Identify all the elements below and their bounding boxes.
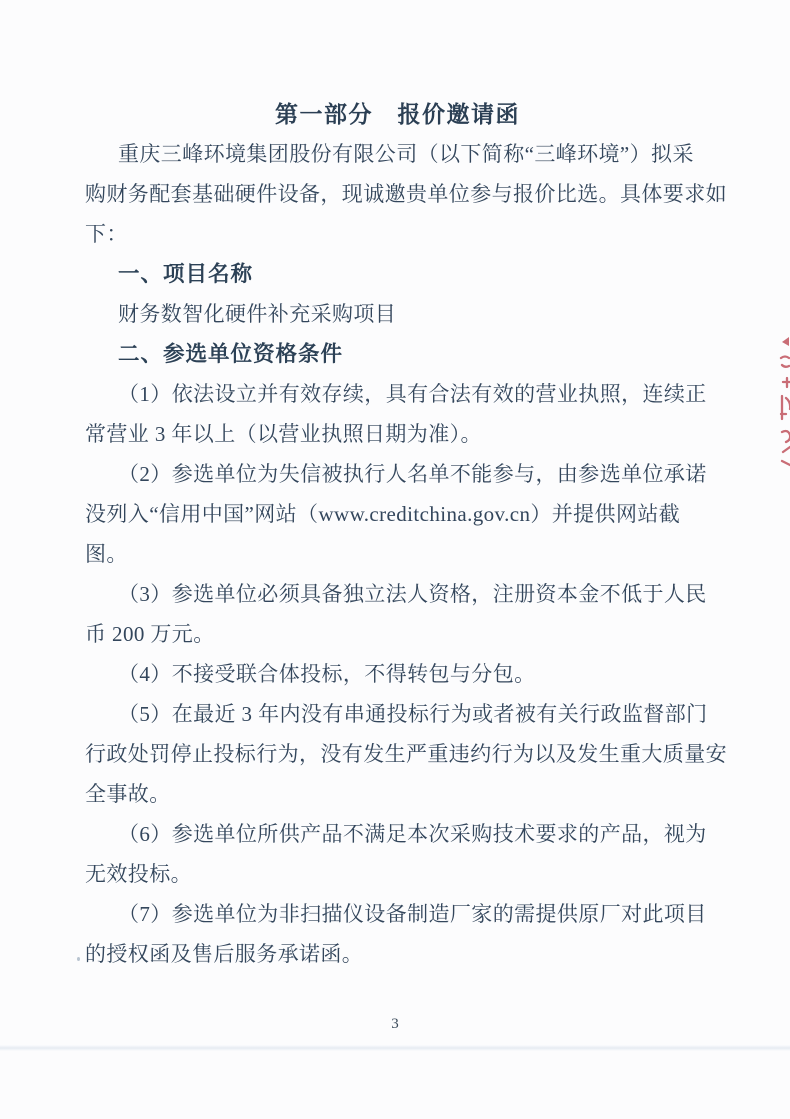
scan-speck (77, 957, 80, 961)
text-line: 无效投标。 (85, 854, 710, 894)
text-line: 行政处罚停止投标行为，没有发生严重违约行为以及发生重大质量安 (85, 734, 710, 774)
scanned-document-page: 第一部分 报价邀请函重庆三峰环境集团股份有限公司（以下简称“三峰环境”）拟采购财… (0, 0, 790, 1119)
text-line: 购财务配套基础硬件设备，现诚邀贵单位参与报价比选。具体要求如 (85, 174, 710, 214)
text-line: 重庆三峰环境集团股份有限公司（以下简称“三峰环境”）拟采 (85, 134, 710, 174)
text-line: 下： (85, 214, 710, 254)
text-line: 常营业 3 年以上（以营业执照日期为准）。 (85, 414, 710, 454)
section-heading: 一、项目名称 (85, 254, 710, 294)
text-line: 币 200 万元。 (85, 614, 710, 654)
document-body: 第一部分 报价邀请函重庆三峰环境集团股份有限公司（以下简称“三峰环境”）拟采购财… (85, 94, 710, 974)
text-line: （6）参选单位所供产品不满足本次采购技术要求的产品，视为 (85, 814, 710, 854)
text-line: （5）在最近 3 年内没有串通投标行为或者被有关行政监督部门 (85, 694, 710, 734)
text-line: （2）参选单位为失信被执行人名单不能参与，由参选单位承诺 (85, 454, 710, 494)
text-line: 图。 (85, 534, 710, 574)
text-line: 全事故。 (85, 774, 710, 814)
text-line: （4）不接受联合体投标，不得转包与分包。 (85, 654, 710, 694)
text-line: （3）参选单位必须具备独立法人资格，注册资本金不低于人民 (85, 574, 710, 614)
text-line: （1）依法设立并有效存续，具有合法有效的营业执照，连续正 (85, 374, 710, 414)
scan-shadow-line (0, 1045, 790, 1051)
document-title: 第一部分 报价邀请函 (85, 94, 710, 134)
text-line: 财务数智化硬件补充采购项目 (85, 294, 710, 334)
section-heading: 二、参选单位资格条件 (85, 334, 710, 374)
text-line: 的授权函及售后服务承诺函。 (85, 934, 710, 974)
text-line: 没列入“信用中国”网站（www.creditchina.gov.cn）并提供网站… (85, 494, 710, 534)
page-number: 3 (0, 1016, 790, 1033)
red-seal-stamp-fragment (768, 334, 790, 476)
text-line: （7）参选单位为非扫描仪设备制造厂家的需提供原厂对此项目 (85, 894, 710, 934)
